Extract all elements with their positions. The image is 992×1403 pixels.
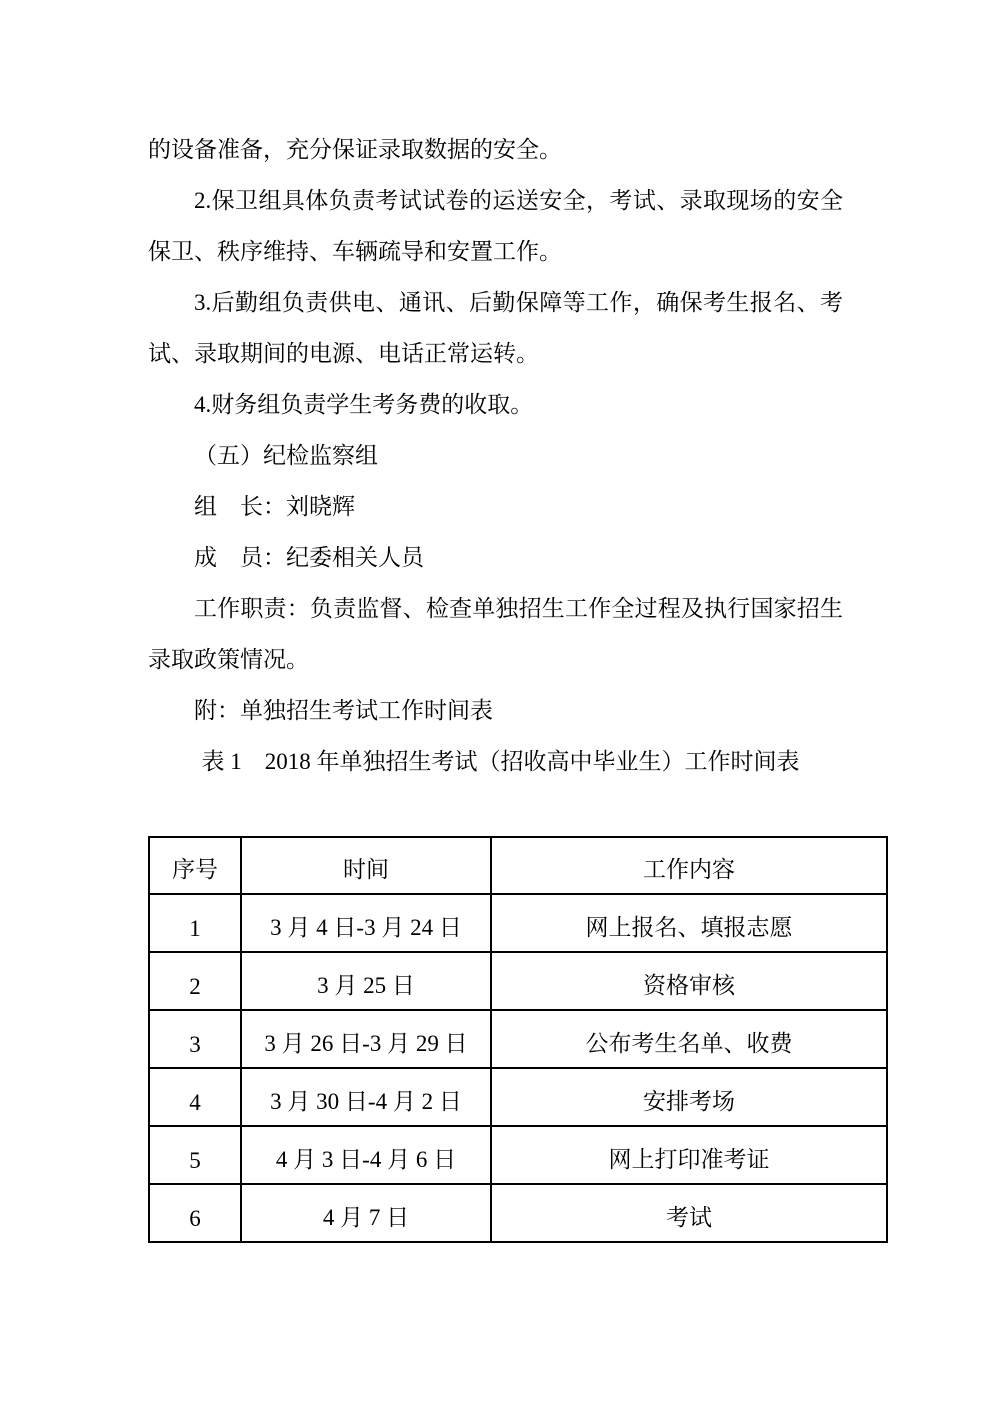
doc-line: 4.财务组负责学生考务费的收取。 — [148, 379, 843, 430]
doc-line: 3.后勤组负责供电、通讯、后勤保障等工作，确保考生报名、考 — [148, 277, 843, 328]
header-task: 工作内容 — [491, 837, 887, 894]
cell-seq: 5 — [149, 1126, 241, 1184]
cell-seq: 6 — [149, 1184, 241, 1242]
doc-line: 2.保卫组具体负责考试试卷的运送安全，考试、录取现场的安全 — [148, 175, 843, 226]
header-time: 时间 — [241, 837, 491, 894]
cell-seq: 3 — [149, 1010, 241, 1068]
table-row: 1 3 月 4 日-3 月 24 日 网上报名、填报志愿 — [149, 894, 887, 952]
cell-time: 3 月 26 日-3 月 29 日 — [241, 1010, 491, 1068]
document-page: 的设备准备，充分保证录取数据的安全。 2.保卫组具体负责考试试卷的运送安全，考试… — [0, 0, 992, 1403]
cell-time: 3 月 4 日-3 月 24 日 — [241, 894, 491, 952]
table-row: 5 4 月 3 日-4 月 6 日 网上打印准考证 — [149, 1126, 887, 1184]
cell-task: 公布考生名单、收费 — [491, 1010, 887, 1068]
doc-line: 试、录取期间的电源、电话正常运转。 — [148, 328, 843, 379]
cell-seq: 4 — [149, 1068, 241, 1126]
schedule-table: 序号 时间 工作内容 1 3 月 4 日-3 月 24 日 网上报名、填报志愿 … — [148, 836, 888, 1243]
document-body: 的设备准备，充分保证录取数据的安全。 2.保卫组具体负责考试试卷的运送安全，考试… — [148, 124, 843, 787]
cell-seq: 2 — [149, 952, 241, 1010]
cell-task: 资格审核 — [491, 952, 887, 1010]
doc-line: 保卫、秩序维持、车辆疏导和安置工作。 — [148, 226, 843, 277]
table-row: 2 3 月 25 日 资格审核 — [149, 952, 887, 1010]
cell-time: 4 月 3 日-4 月 6 日 — [241, 1126, 491, 1184]
header-seq: 序号 — [149, 837, 241, 894]
table-header-row: 序号 时间 工作内容 — [149, 837, 887, 894]
table-row: 6 4 月 7 日 考试 — [149, 1184, 887, 1242]
cell-task: 安排考场 — [491, 1068, 887, 1126]
doc-line: （五）纪检监察组 — [148, 430, 843, 481]
cell-time: 3 月 25 日 — [241, 952, 491, 1010]
table-row: 3 3 月 26 日-3 月 29 日 公布考生名单、收费 — [149, 1010, 887, 1068]
doc-line: 成 员：纪委相关人员 — [148, 532, 843, 583]
doc-line: 附：单独招生考试工作时间表 — [148, 685, 843, 736]
cell-time: 4 月 7 日 — [241, 1184, 491, 1242]
table-caption: 表 1 2018 年单独招生考试（招收高中毕业生）工作时间表 — [148, 736, 843, 787]
doc-line: 的设备准备，充分保证录取数据的安全。 — [148, 124, 843, 175]
doc-line: 组 长：刘晓辉 — [148, 481, 843, 532]
table-row: 4 3 月 30 日-4 月 2 日 安排考场 — [149, 1068, 887, 1126]
doc-line: 工作职责：负责监督、检查单独招生工作全过程及执行国家招生 — [148, 583, 843, 634]
cell-task: 考试 — [491, 1184, 887, 1242]
doc-line: 录取政策情况。 — [148, 634, 843, 685]
cell-task: 网上报名、填报志愿 — [491, 894, 887, 952]
cell-time: 3 月 30 日-4 月 2 日 — [241, 1068, 491, 1126]
cell-task: 网上打印准考证 — [491, 1126, 887, 1184]
cell-seq: 1 — [149, 894, 241, 952]
